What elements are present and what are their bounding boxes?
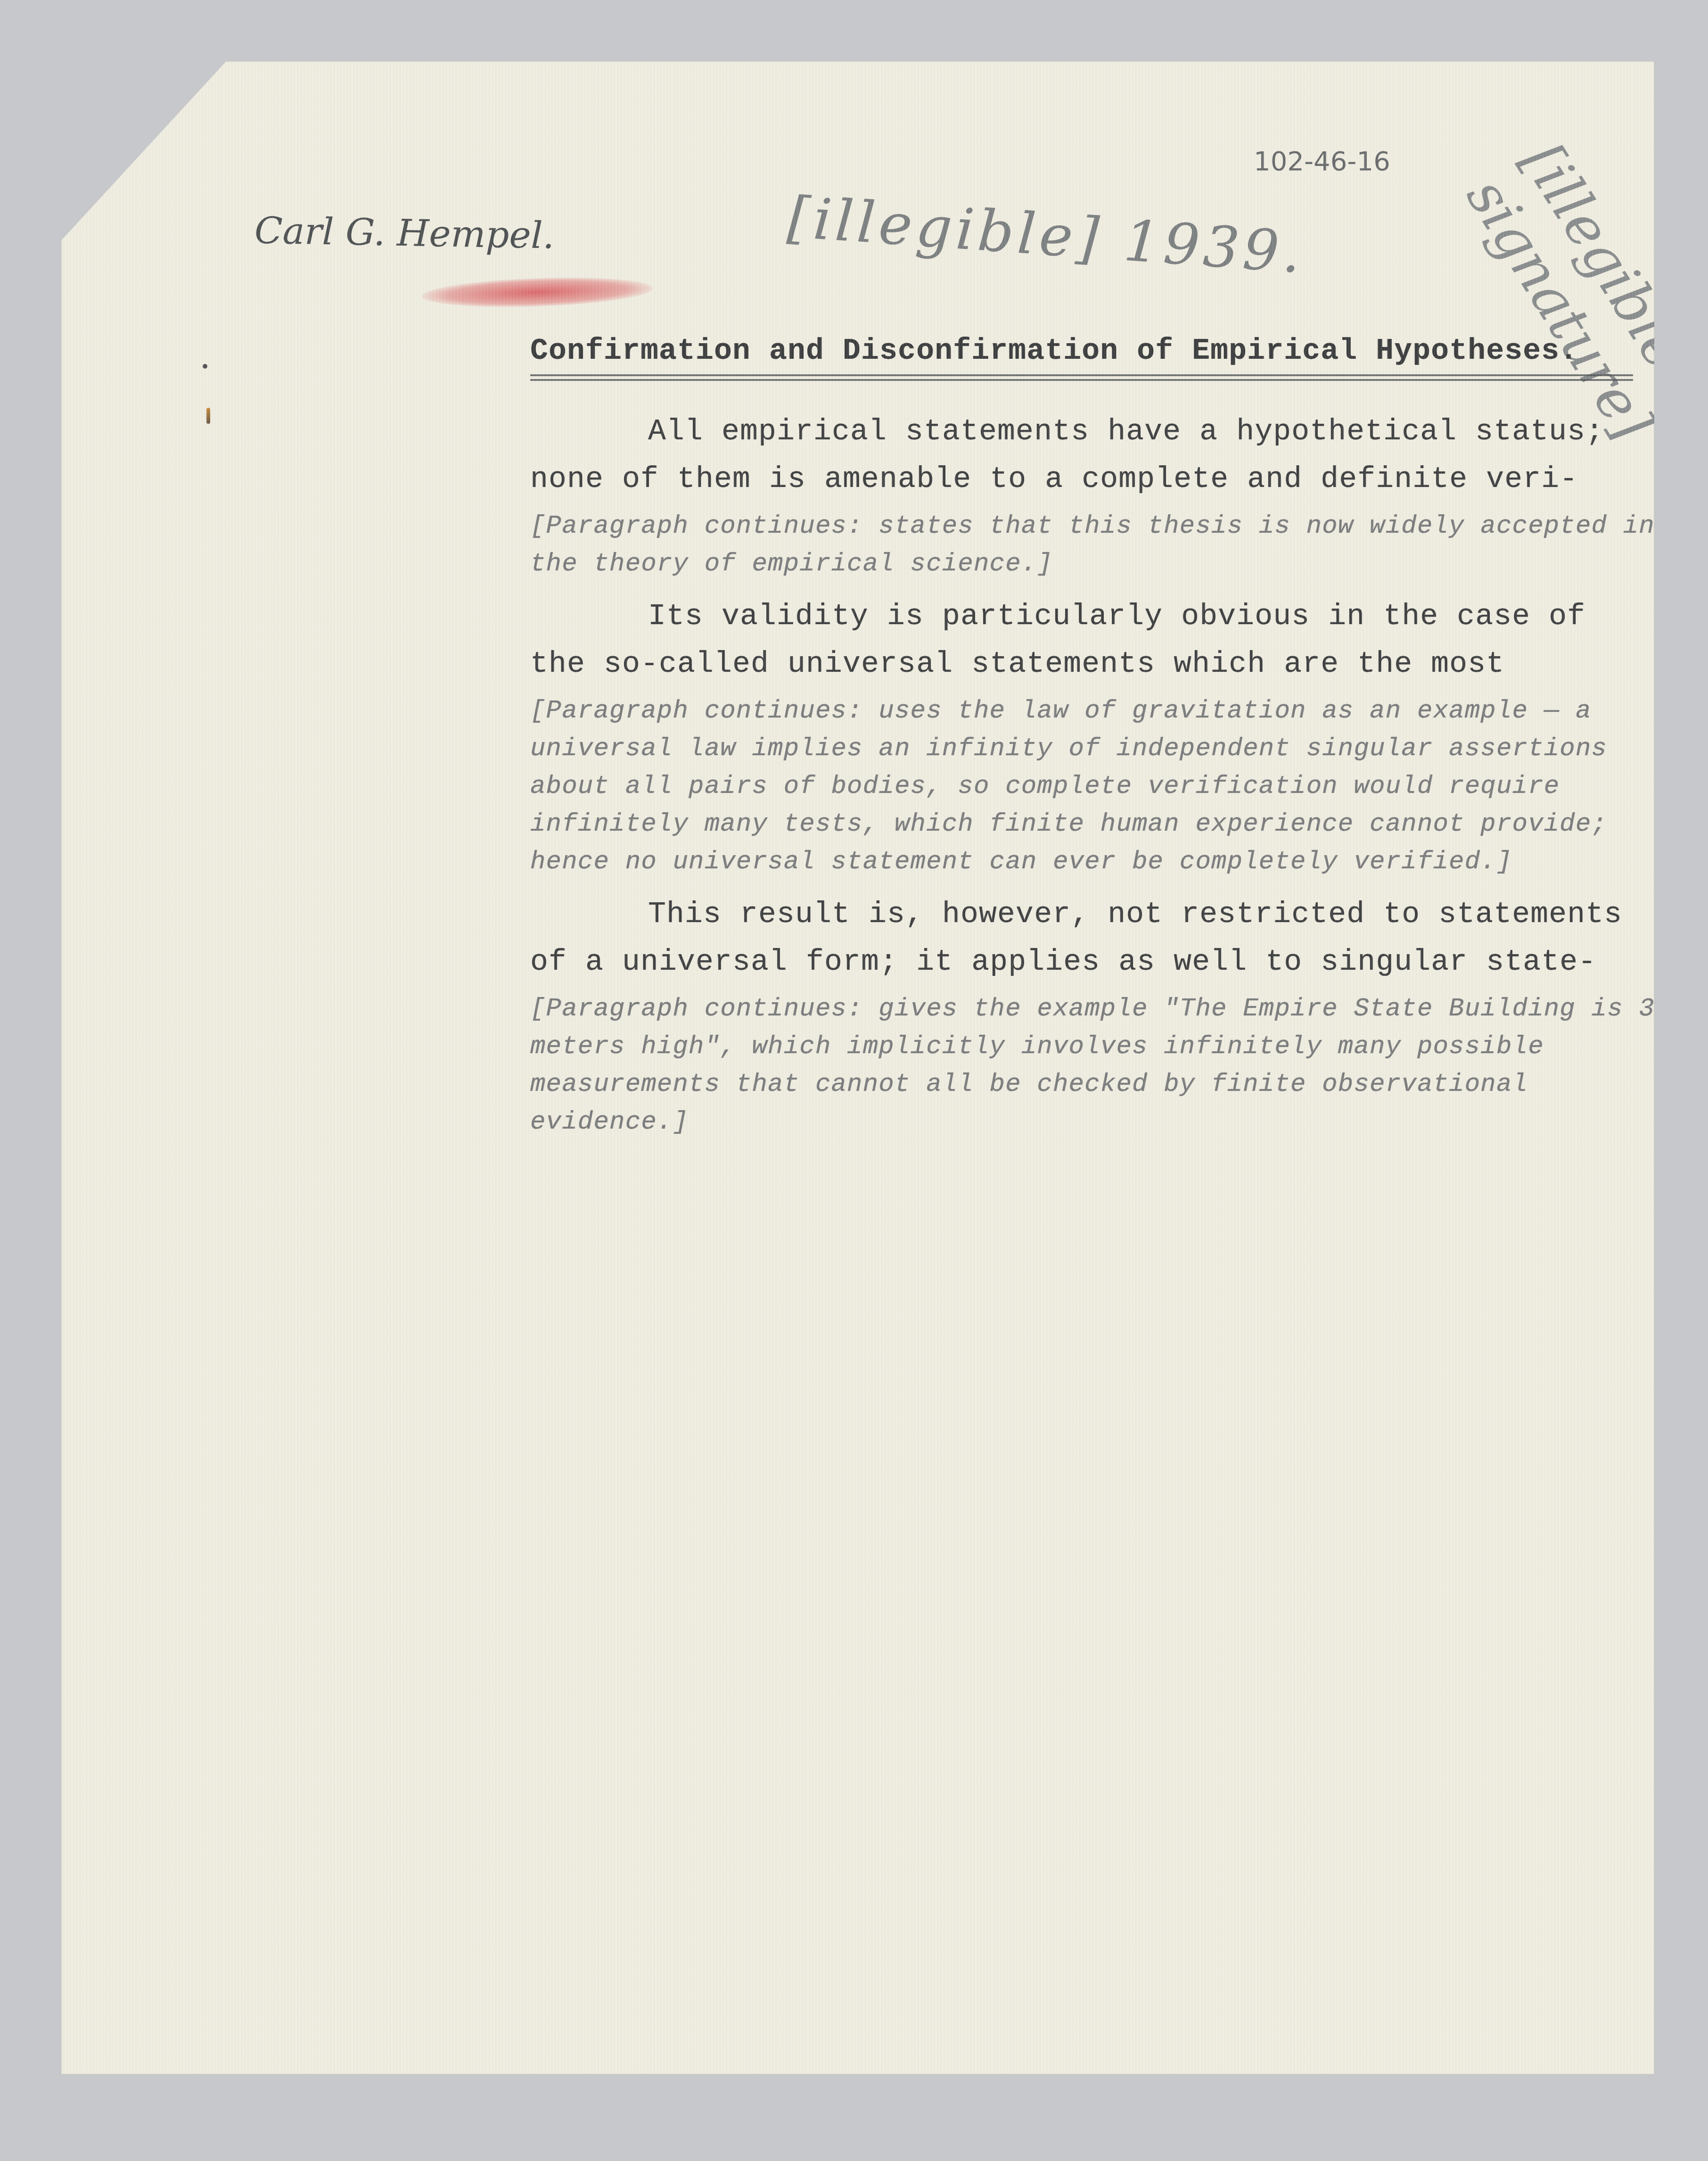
typed-body: Confirmation and Disconfirmation of Empi…	[530, 335, 1699, 1151]
text-line: the so-called universal statements which…	[530, 640, 1699, 688]
archive-reference-number: 102-46-16	[1254, 146, 1390, 177]
paragraph-2: Its validity is particularly obvious in …	[530, 593, 1699, 881]
handwritten-author-name: Carl G. Hempel.	[254, 209, 555, 257]
document-title: Confirmation and Disconfirmation of Empi…	[530, 335, 1699, 368]
paragraph-summary: [Paragraph continues: states that this t…	[530, 508, 1699, 583]
paragraph-3: This result is, however, not restricted …	[530, 891, 1699, 1141]
paper-speck	[203, 364, 207, 369]
text-line: All empirical statements have a hypothet…	[530, 408, 1699, 455]
paragraph-1: All empirical statements have a hypothet…	[530, 408, 1699, 583]
handwritten-date: [illegible] 1939.	[785, 185, 1306, 286]
red-pencil-mark	[421, 274, 653, 310]
text-line: This result is, however, not restricted …	[530, 891, 1699, 938]
paper-stain	[206, 408, 210, 424]
paragraph-summary: [Paragraph continues: gives the example …	[530, 990, 1699, 1141]
text-line: none of them is amenable to a complete a…	[530, 455, 1699, 503]
text-line: Its validity is particularly obvious in …	[530, 593, 1699, 640]
document-page: Carl G. Hempel. [illegible] 1939. 102-46…	[61, 61, 1654, 2074]
title-double-underline	[530, 374, 1633, 382]
paragraph-summary: [Paragraph continues: uses the law of gr…	[530, 693, 1699, 881]
text-line: of a universal form; it applies as well …	[530, 938, 1699, 986]
